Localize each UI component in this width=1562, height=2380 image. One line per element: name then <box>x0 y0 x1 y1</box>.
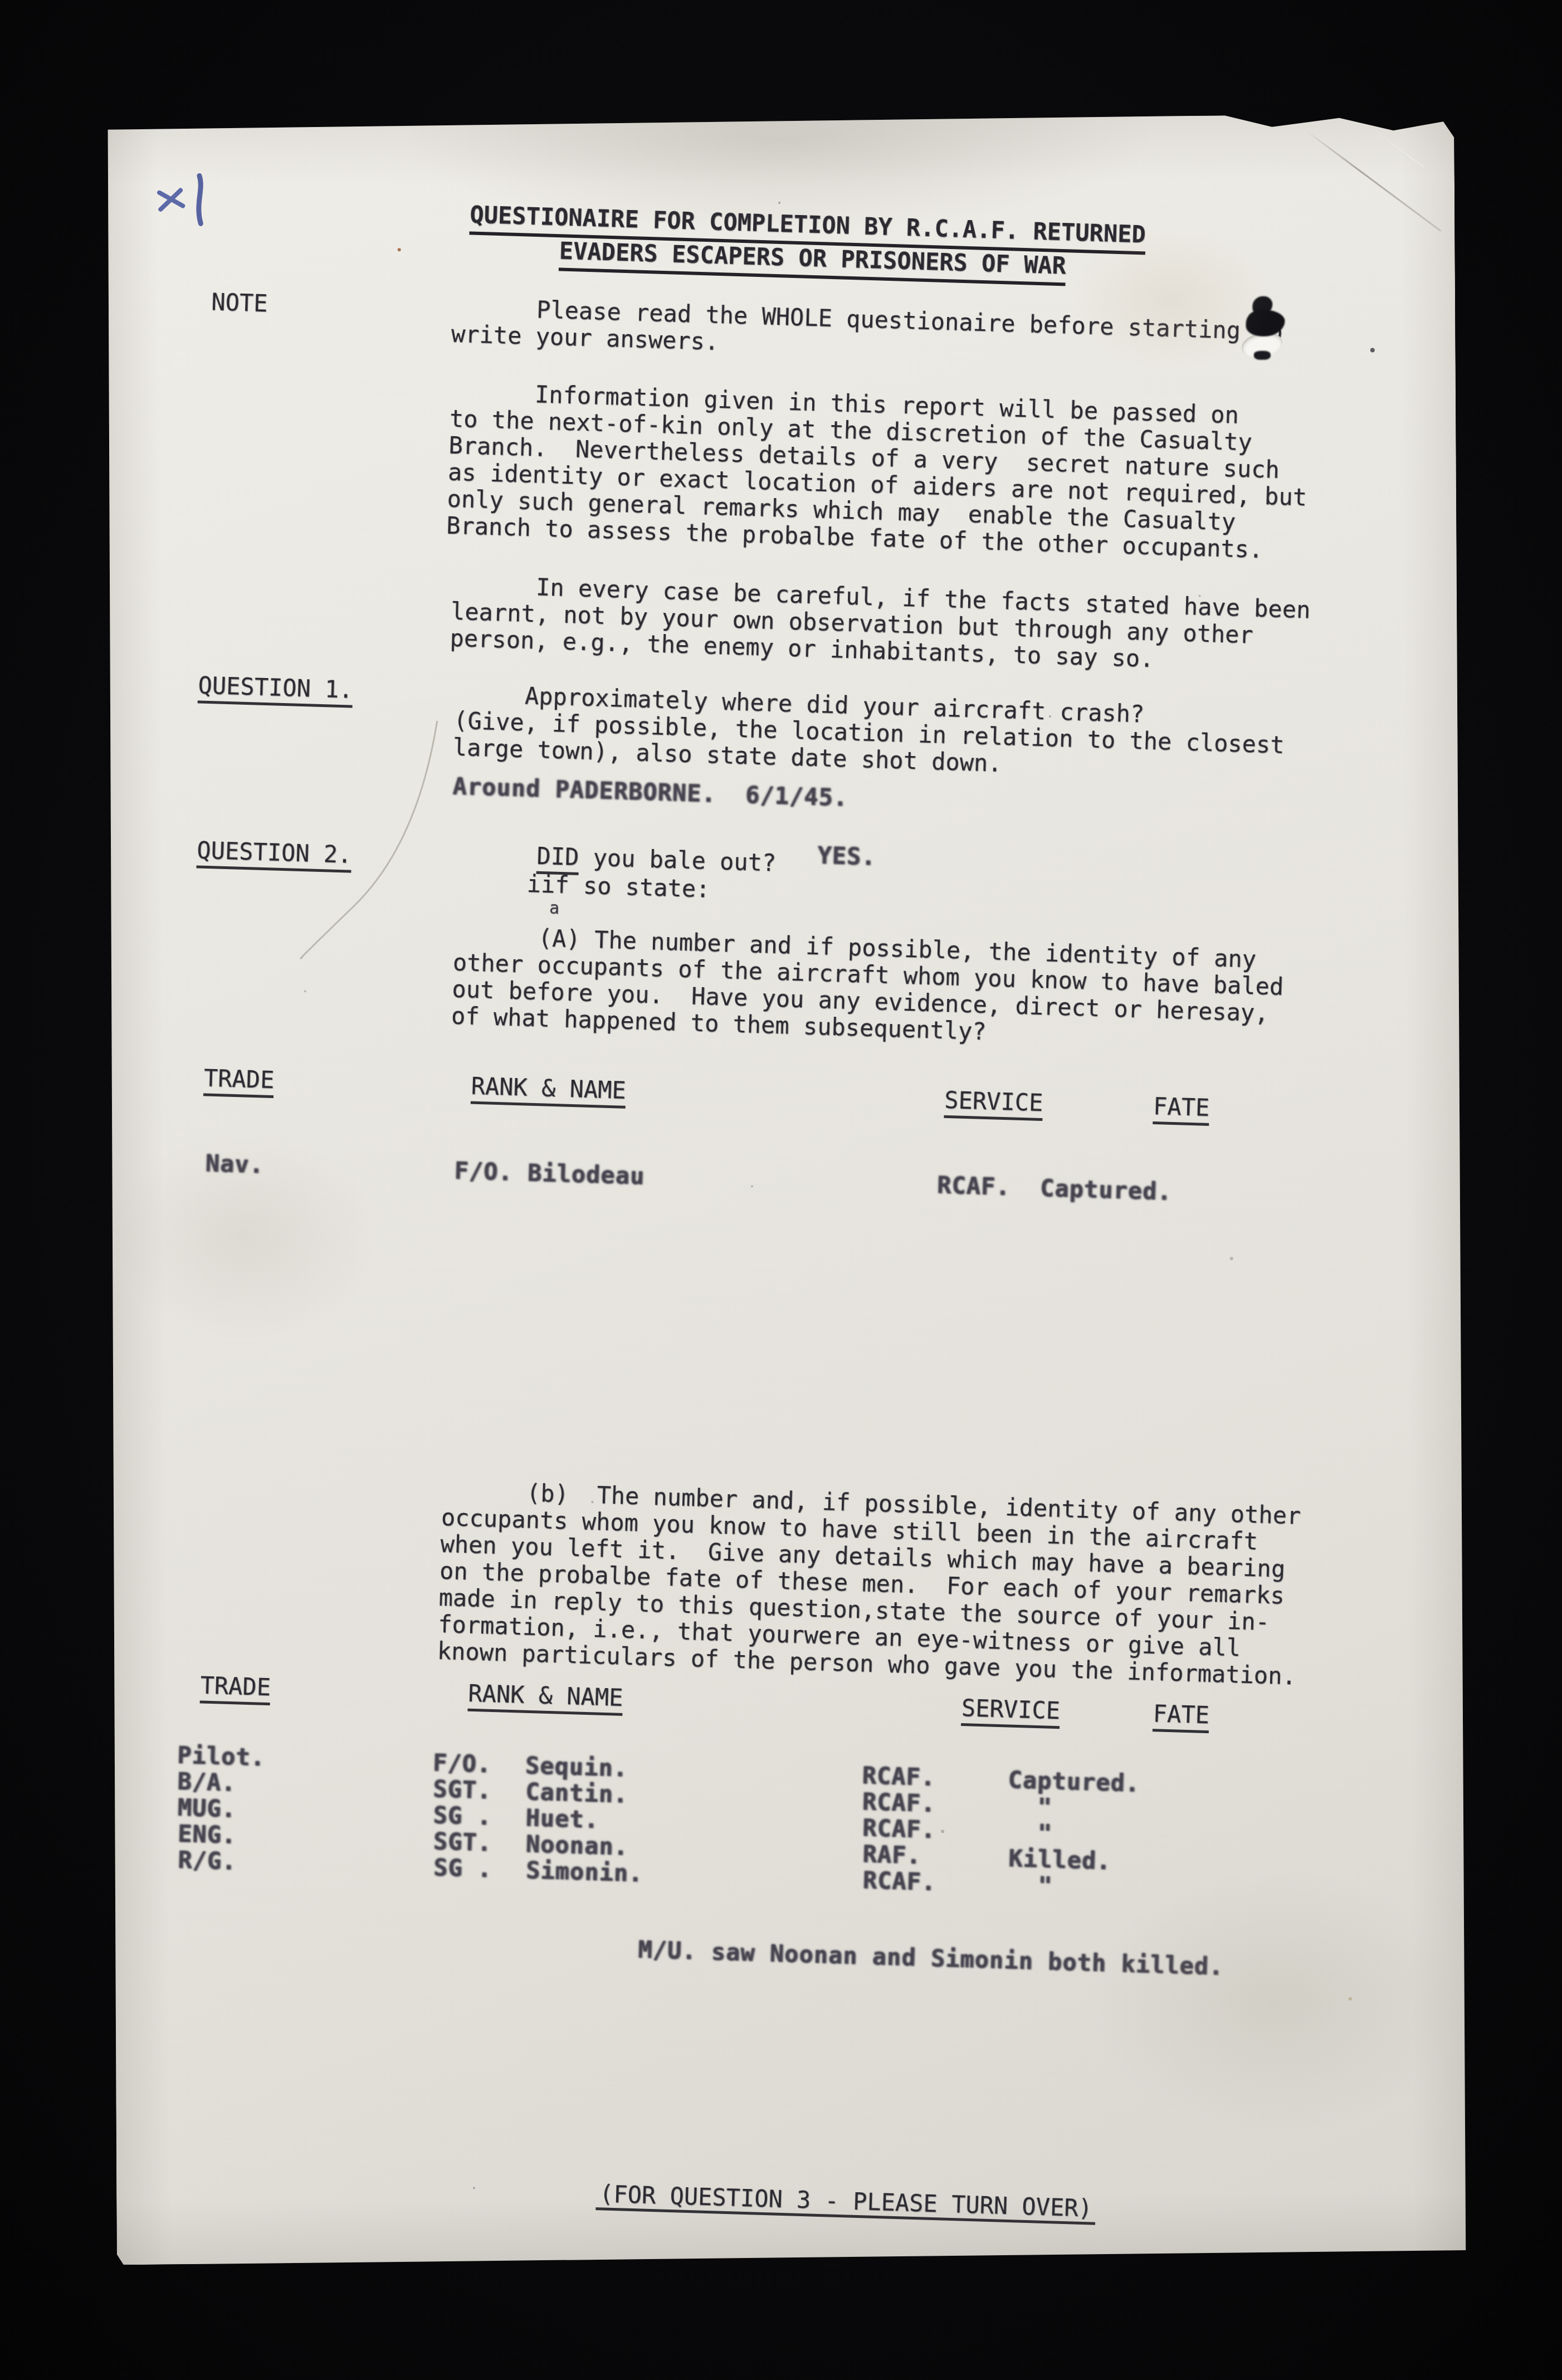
document-paper: QUESTIONAIRE FOR COMPLETION BY R.C.A.F. … <box>104 114 1467 2265</box>
table-b-cell-service: RAF. <box>862 1841 922 1869</box>
question2-bale-out-rest: you bale out? <box>579 843 777 876</box>
table-b-cell-name: Huet. <box>525 1804 599 1833</box>
table-b-cell-trade: R/G. <box>178 1847 237 1875</box>
turn-over-footer: (FOR QUESTION 3 - PLEASE TURN OVER) <box>595 2181 1096 2222</box>
question1-label: QUESTION 1. <box>198 672 353 703</box>
question2-part-b-text: (b) The number and, if possible, identit… <box>437 1477 1301 1690</box>
table-b-cell-fate: " <box>1008 1819 1053 1847</box>
table-b-cell-fate: " <box>1008 1793 1052 1821</box>
table-a-cell-rank-name: F/O. Bilodeau <box>454 1158 645 1190</box>
note-label: NOTE <box>211 289 269 317</box>
corner-fold-crease <box>1306 130 1441 231</box>
question2-label-text: QUESTION 2. <box>196 836 352 872</box>
table-a-header-service-text: SERVICE <box>944 1086 1043 1121</box>
table-a-cell-trade: Nav. <box>205 1150 265 1178</box>
turn-over-footer-text: (FOR QUESTION 3 - PLEASE TURN OVER) <box>595 2180 1096 2225</box>
table-b-cell-fate: Killed. <box>1008 1845 1111 1875</box>
table-b-cell-trade: ENG. <box>177 1821 237 1849</box>
table-b-cell-fate: " <box>1008 1871 1053 1899</box>
table-b-cell-service: RCAF. <box>862 1788 936 1817</box>
table-b-cell-trade: Pilot. <box>177 1742 266 1772</box>
table-b-header-trade-text: TRADE <box>200 1671 271 1705</box>
question1-answer: Around PADERBORNE. 6/1/45. <box>452 773 848 812</box>
table-b-header-fate-text: FATE <box>1153 1700 1210 1733</box>
table-b-cell-rank: SGT. <box>433 1776 492 1804</box>
question2-part-a-text: (A) The number and if possible, the iden… <box>451 923 1285 1054</box>
ink-blot-tail <box>1254 351 1271 360</box>
pencil-annotation-mark <box>153 168 220 235</box>
table-b-cell-trade: B/A. <box>177 1768 237 1797</box>
question2-label: QUESTION 2. <box>197 837 352 868</box>
table-b-cell-service: RCAF. <box>862 1815 936 1843</box>
table-b-header-rank-name-text: RANK & NAME <box>467 1680 623 1716</box>
table-a-header-trade: TRADE <box>203 1065 275 1094</box>
crew-table-a-row: Nav. F/O. Bilodeau RCAF. Captured. <box>201 1150 1320 1343</box>
corner-fold-highlight <box>1361 120 1424 168</box>
table-a-header-rank-name-text: RANK & NAME <box>471 1072 627 1109</box>
table-b-cell-name: Sequin. <box>525 1752 628 1782</box>
photo-of-document: { "colors": { "background": "#08080a", "… <box>0 0 1562 2380</box>
table-b-cell-rank: F/O. <box>432 1749 492 1778</box>
table-b-header-service: SERVICE <box>961 1695 1060 1724</box>
question1-text: Approximately where did your aircraft cr… <box>452 681 1286 786</box>
note-paragraph-2: Information given in this report will be… <box>446 379 1310 565</box>
table-b-header-service-text: SERVICE <box>961 1694 1061 1729</box>
table-b-cell-service: RCAF. <box>862 1762 936 1791</box>
ink-blot <box>1241 296 1297 369</box>
table-a-cell-service: RCAF. <box>937 1172 1011 1201</box>
table-a-header-fate: FATE <box>1153 1093 1210 1121</box>
table-b-header-fate: FATE <box>1153 1700 1210 1729</box>
note-paragraph-3: In every case be careful, if the facts s… <box>450 572 1311 677</box>
table-b-cell-name: Noonan. <box>525 1831 628 1860</box>
question1-label-text: QUESTION 1. <box>198 671 354 708</box>
table-a-header-fate-text: FATE <box>1153 1093 1210 1126</box>
table-b-cell-rank: SG . <box>433 1854 493 1882</box>
table-a-header-service: SERVICE <box>944 1087 1043 1116</box>
table-b-cell-trade: MUG. <box>177 1794 237 1823</box>
table-b-cell-rank: SG . <box>433 1802 492 1830</box>
note-paragraph-1: Please read the WHOLE questionaire befor… <box>451 294 1283 372</box>
pencil-scratch-curve <box>291 711 460 968</box>
ink-blot-main <box>1246 309 1285 336</box>
table-b-header-rank-name: RANK & NAME <box>468 1680 623 1711</box>
table-b-cell-name: Cantin. <box>525 1778 628 1808</box>
table-b-header-trade: TRADE <box>200 1672 271 1701</box>
table-a-cell-fate: Captured. <box>1039 1175 1172 1206</box>
table-a-header-rank-name: RANK & NAME <box>471 1073 626 1104</box>
table-b-cell-rank: SGT. <box>433 1828 492 1856</box>
stray-typed-character: a <box>549 895 559 923</box>
table-b-cell-service: RCAF. <box>862 1867 936 1896</box>
paper-specks <box>104 122 106 124</box>
table-a-header-trade-text: TRADE <box>203 1064 275 1098</box>
question2-answer-yes: YES. <box>817 842 877 871</box>
table-b-cell-name: Simonin. <box>525 1857 643 1887</box>
